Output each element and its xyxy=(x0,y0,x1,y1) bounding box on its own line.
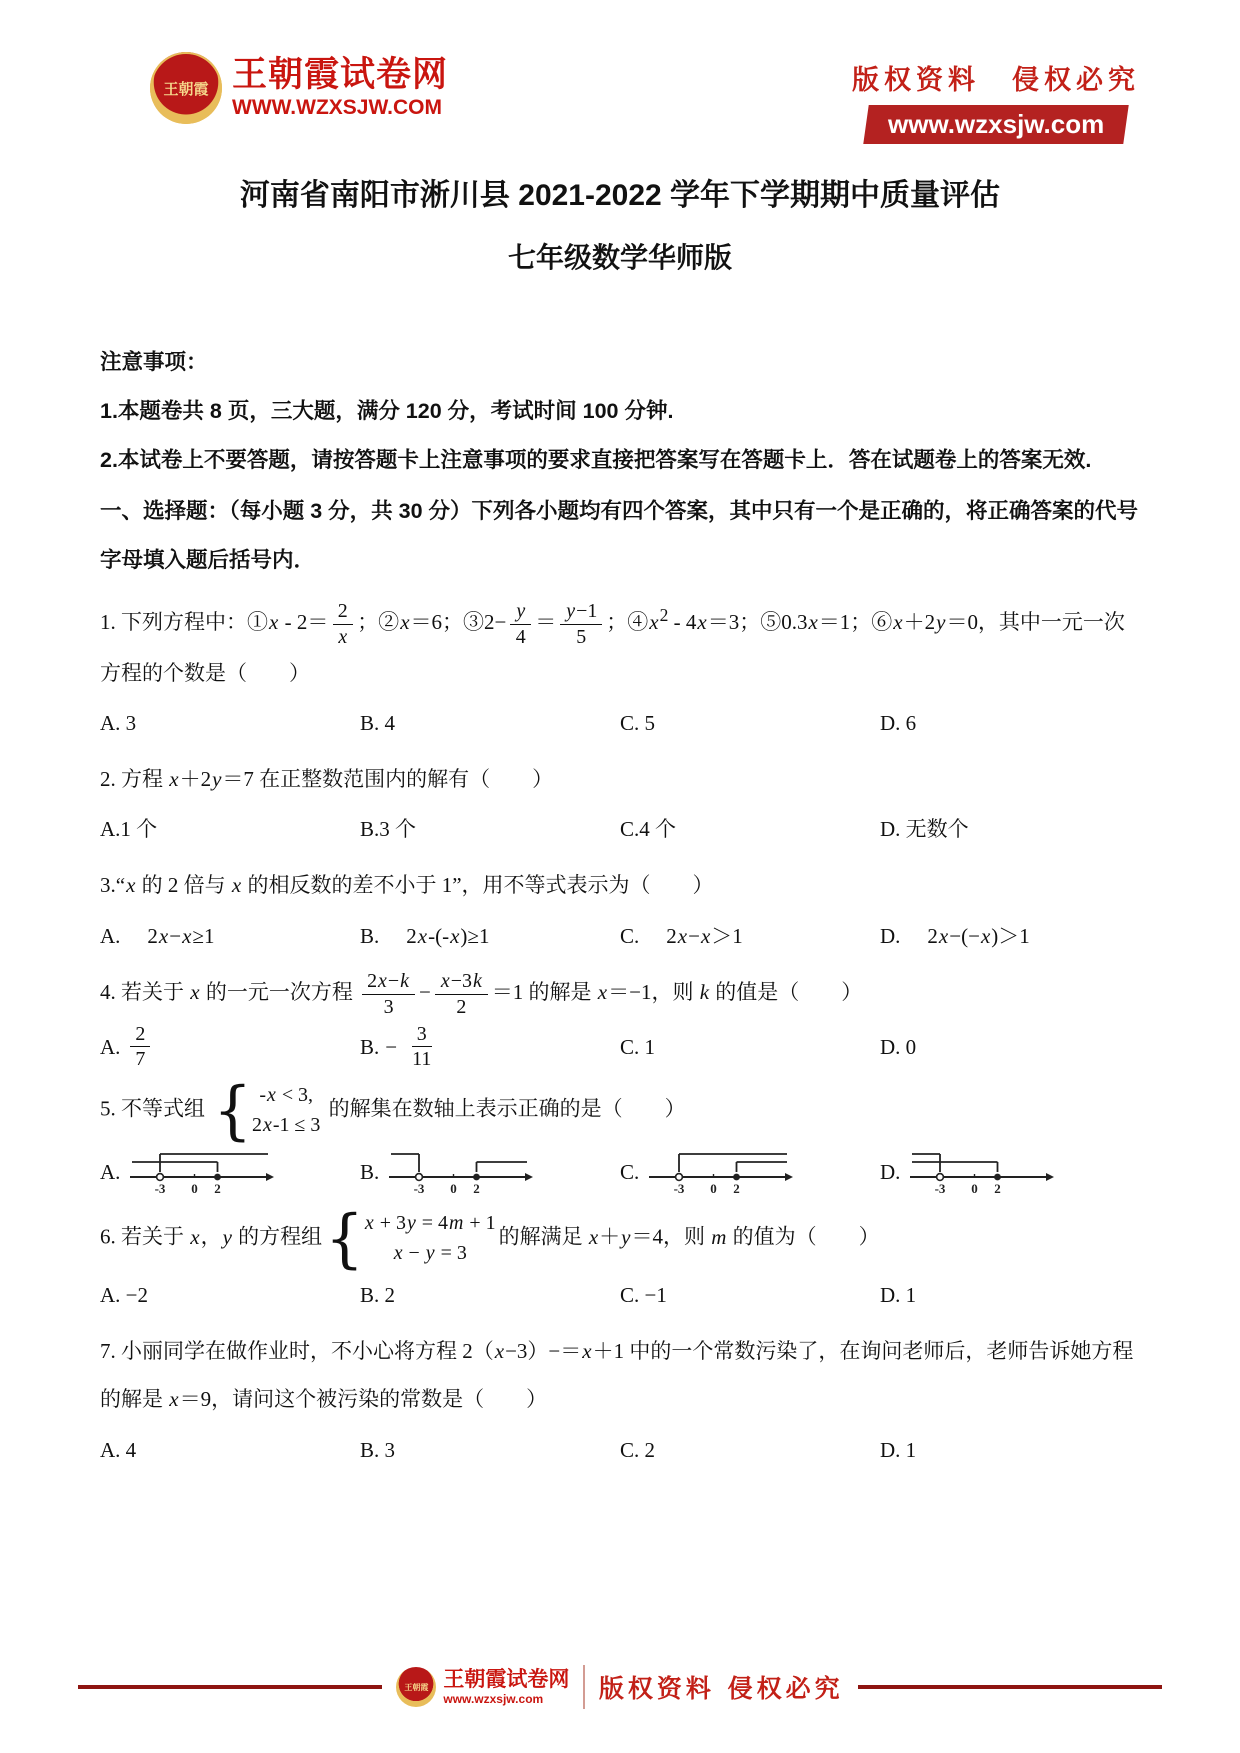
svg-text:0: 0 xyxy=(451,1181,458,1196)
svg-text:0: 0 xyxy=(711,1181,718,1196)
answer-option: A. 27 xyxy=(100,1023,360,1072)
answer-option: B. 4 xyxy=(360,701,620,745)
equation-system: {-x < 3,2x-1 ≤ 3 xyxy=(213,1081,320,1141)
answer-options: A.1 个B.3 个C.4 个D. 无数个 xyxy=(100,807,1140,851)
open-endpoint xyxy=(937,1174,944,1181)
answer-options: A. −2B. 2C. −1D. 1 xyxy=(100,1273,1140,1317)
svg-text:2: 2 xyxy=(474,1181,481,1196)
question-2: 2. 方程 x＋2y＝7 在正整数范围内的解有（ ）A.1 个B.3 个C.4 … xyxy=(100,755,1140,851)
answer-option: B. −311 xyxy=(360,1023,620,1072)
question-stem: 1. 下列方程中：①x - 2＝2x；②x＝6；③2−y4＝y−15；④x2 -… xyxy=(100,595,1140,697)
open-endpoint xyxy=(676,1174,683,1181)
answer-option: B. 2x-(-x)≥1 xyxy=(360,914,620,958)
svg-text:0: 0 xyxy=(192,1181,199,1196)
notice-item-1: 1.本题卷共 8 页，三大题，满分 120 分，考试时间 100 分钟. xyxy=(100,387,1140,436)
fraction: 27 xyxy=(130,1023,150,1072)
footer-slogan: 版权资料 侵权必究 xyxy=(599,1669,844,1705)
brace-glyph: { xyxy=(213,1084,252,1138)
fraction: y−15 xyxy=(560,600,602,649)
copyright-block: 版权资料 侵权必究 www.wzxsjw.com xyxy=(852,58,1140,144)
page-header: 王朝霞 王朝霞试卷网 WWW.WZXSJW.COM 版权资料 侵权必究 www.… xyxy=(0,0,1240,144)
svg-text:2: 2 xyxy=(215,1181,222,1196)
open-endpoint xyxy=(416,1174,423,1181)
fraction: 311 xyxy=(407,1023,436,1072)
equation-system: {x + 3y = 4m + 1x − y = 3 xyxy=(325,1209,495,1269)
footer-emblem-icon: 王朝霞 xyxy=(396,1667,436,1707)
answer-option: C.4 个 xyxy=(620,807,880,851)
question-stem: 4. 若关于 x 的一元一次方程 2x−k3−x−3k2＝1 的解是 x＝−1，… xyxy=(100,968,1140,1019)
copyright-slogan: 版权资料 侵权必究 xyxy=(852,58,1140,97)
brand-logo: 王朝霞 王朝霞试卷网 WWW.WZXSJW.COM xyxy=(150,52,448,124)
answer-option: A.-302 xyxy=(100,1145,360,1199)
answer-option: A. 4 xyxy=(100,1428,360,1472)
exam-subtitle: 七年级数学华师版 xyxy=(100,236,1140,276)
answer-option: D. 0 xyxy=(880,1025,1140,1069)
answer-option: C. 2 xyxy=(620,1428,880,1472)
svg-text:-3: -3 xyxy=(674,1181,685,1196)
question-7: 7. 小丽同学在做作业时，不小心将方程 2（x−3）−＝x＋1 中的一个常数污染… xyxy=(100,1327,1140,1472)
answer-option: C. 1 xyxy=(620,1025,880,1069)
svg-text:-3: -3 xyxy=(414,1181,425,1196)
brand-name: 王朝霞试卷网 xyxy=(232,57,448,94)
answer-options: A. 4B. 3C. 2D. 1 xyxy=(100,1428,1140,1472)
paper-content: 河南省南阳市淅川县 2021-2022 学年下学期期中质量评估 七年级数学华师版… xyxy=(0,170,1240,1472)
footer-logo: 王朝霞 王朝霞试卷网 www.wzxsjw.com xyxy=(396,1667,569,1707)
question-stem: 2. 方程 x＋2y＝7 在正整数范围内的解有（ ） xyxy=(100,755,1140,803)
question-list: 1. 下列方程中：①x - 2＝2x；②x＝6；③2−y4＝y−15；④x2 -… xyxy=(100,595,1140,1472)
number-line: -302 xyxy=(385,1145,535,1199)
answer-option: A. 3 xyxy=(100,701,360,745)
answer-options: A. 3B. 4C. 5D. 6 xyxy=(100,701,1140,745)
section-heading: 一、选择题：（每小题 3 分，共 30 分）下列各小题均有四个答案，其中只有一个… xyxy=(100,487,1140,585)
answer-option: A. −2 xyxy=(100,1273,360,1317)
question-6: 6. 若关于 x，y 的方程组{x + 3y = 4m + 1x − y = 3… xyxy=(100,1209,1140,1317)
fraction: 2x−k3 xyxy=(362,970,415,1019)
website-banner: www.wzxsjw.com xyxy=(863,105,1129,144)
page-footer: 王朝霞 王朝霞试卷网 www.wzxsjw.com 版权资料 侵权必究 xyxy=(0,1665,1240,1709)
footer-rule-right xyxy=(858,1685,1162,1689)
question-stem: 6. 若关于 x，y 的方程组{x + 3y = 4m + 1x − y = 3… xyxy=(100,1209,1140,1269)
fraction: 2x xyxy=(332,600,353,649)
answer-option: C. 2x−x＞1 xyxy=(620,914,880,958)
brand-website: WWW.WZXSJW.COM xyxy=(232,97,448,119)
footer-website: www.wzxsjw.com xyxy=(443,1693,569,1706)
fraction: y4 xyxy=(510,600,531,649)
answer-options: A.-302B.-302C.-302D.-302 xyxy=(100,1145,1140,1199)
number-line: -302 xyxy=(126,1145,276,1199)
answer-option: B. 2 xyxy=(360,1273,620,1317)
answer-option: D. 1 xyxy=(880,1428,1140,1472)
question-1: 1. 下列方程中：①x - 2＝2x；②x＝6；③2−y4＝y−15；④x2 -… xyxy=(100,595,1140,745)
question-3: 3.“x 的 2 倍与 x 的相反数的差不小于 1”，用不等式表示为（ ）A. … xyxy=(100,861,1140,957)
solid-endpoint xyxy=(473,1174,480,1181)
answer-option: A. 2x−x≥1 xyxy=(100,914,360,958)
svg-text:-3: -3 xyxy=(935,1181,946,1196)
answer-option: B.-302 xyxy=(360,1145,620,1199)
answer-option: C. 5 xyxy=(620,701,880,745)
footer-brand: 王朝霞试卷网 xyxy=(443,1669,569,1691)
solid-endpoint xyxy=(995,1174,1002,1181)
svg-text:0: 0 xyxy=(972,1181,979,1196)
answer-options: A. 2x−x≥1B. 2x-(-x)≥1C. 2x−x＞1D. 2x−(−x)… xyxy=(100,914,1140,958)
question-stem: 5. 不等式组 {-x < 3,2x-1 ≤ 3 的解集在数轴上表示正确的是（ … xyxy=(100,1081,1140,1141)
footer-divider xyxy=(583,1665,585,1709)
answer-option: B. 3 xyxy=(360,1428,620,1472)
number-line: -302 xyxy=(906,1145,1056,1199)
exam-title: 河南省南阳市淅川县 2021-2022 学年下学期期中质量评估 xyxy=(100,170,1140,214)
footer-rule-left xyxy=(78,1685,382,1689)
number-line: -302 xyxy=(645,1145,795,1199)
svg-text:2: 2 xyxy=(734,1181,741,1196)
brace-glyph: { xyxy=(325,1212,364,1266)
answer-option: D. 6 xyxy=(880,701,1140,745)
svg-text:-3: -3 xyxy=(155,1181,166,1196)
answer-option: D. 无数个 xyxy=(880,807,1140,851)
answer-option: D. 1 xyxy=(880,1273,1140,1317)
notices-heading: 注意事项： xyxy=(100,338,1140,387)
question-stem: 7. 小丽同学在做作业时，不小心将方程 2（x−3）−＝x＋1 中的一个常数污染… xyxy=(100,1327,1140,1424)
brand-emblem-icon: 王朝霞 xyxy=(150,52,222,124)
answer-option: A.1 个 xyxy=(100,807,360,851)
fraction: x−3k2 xyxy=(435,970,488,1019)
answer-option: D. 2x−(−x)＞1 xyxy=(880,914,1140,958)
notices-block: 注意事项： 1.本题卷共 8 页，三大题，满分 120 分，考试时间 100 分… xyxy=(100,338,1140,485)
open-endpoint xyxy=(157,1174,164,1181)
answer-option: C.-302 xyxy=(620,1145,880,1199)
notice-item-2: 2.本试卷上不要答题，请按答题卡上注意事项的要求直接把答案写在答题卡上．答在试题… xyxy=(100,436,1140,485)
question-5: 5. 不等式组 {-x < 3,2x-1 ≤ 3 的解集在数轴上表示正确的是（ … xyxy=(100,1081,1140,1199)
answer-option: B.3 个 xyxy=(360,807,620,851)
solid-endpoint xyxy=(215,1174,222,1181)
exam-page: 王朝霞 王朝霞试卷网 WWW.WZXSJW.COM 版权资料 侵权必究 www.… xyxy=(0,0,1240,1753)
answer-option: C. −1 xyxy=(620,1273,880,1317)
solid-endpoint xyxy=(733,1174,740,1181)
question-4: 4. 若关于 x 的一元一次方程 2x−k3−x−3k2＝1 的解是 x＝−1，… xyxy=(100,968,1140,1072)
svg-text:2: 2 xyxy=(995,1181,1002,1196)
answer-options: A. 27B. −311C. 1D. 0 xyxy=(100,1023,1140,1072)
question-stem: 3.“x 的 2 倍与 x 的相反数的差不小于 1”，用不等式表示为（ ） xyxy=(100,861,1140,909)
answer-option: D.-302 xyxy=(880,1145,1140,1199)
